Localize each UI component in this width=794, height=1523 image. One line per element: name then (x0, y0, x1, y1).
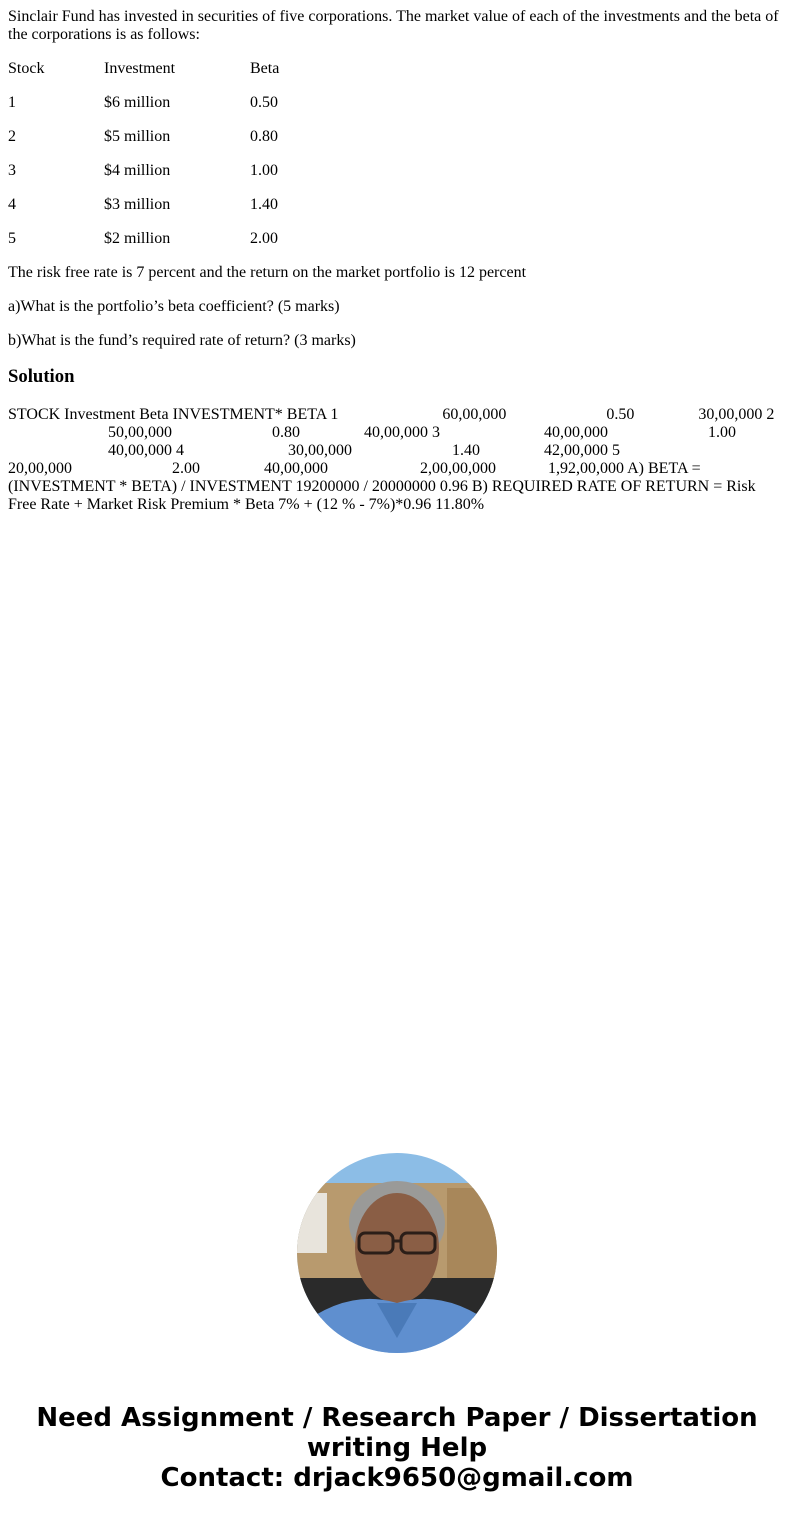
solution-text: 40,00,000 4 (108, 442, 184, 459)
question-intro: Sinclair Fund has invested in securities… (8, 8, 786, 44)
promo-contact[interactable]: Contact: drjack9650@gmail.com (0, 1463, 794, 1493)
cell-beta: 1.40 (250, 196, 350, 214)
cell-stock: 4 (8, 196, 104, 214)
cell-beta: 0.80 (250, 128, 350, 146)
solution-text: 1,92,00,000 A) BETA = (INVESTMENT * BETA… (8, 460, 756, 513)
solution-text: 40,00,000 (544, 424, 608, 441)
rates-statement: The risk free rate is 7 percent and the … (8, 264, 786, 282)
header-investment: Investment (104, 60, 250, 78)
solution-text: 30,00,000 2 (698, 406, 774, 423)
solution-text: 0.80 (272, 424, 300, 441)
header-beta: Beta (250, 60, 350, 78)
solution-text: 40,00,000 (264, 460, 328, 477)
cell-beta: 1.00 (250, 162, 350, 180)
cell-investment: $5 million (104, 128, 250, 146)
promo-line-2: writing Help (0, 1433, 794, 1463)
question-part-a: a)What is the portfolio’s beta coefficie… (8, 298, 786, 316)
solution-text: STOCK Investment Beta INVESTMENT* BETA 1 (8, 406, 338, 423)
cell-stock: 5 (8, 230, 104, 248)
page-content: Sinclair Fund has invested in securities… (0, 0, 794, 514)
promo-line-1: Need Assignment / Research Paper / Disse… (0, 1403, 794, 1433)
table-row: 4 $3 million 1.40 (8, 196, 786, 214)
solution-text: 2,00,00,000 (420, 460, 496, 477)
header-stock: Stock (8, 60, 104, 78)
investment-table: Stock Investment Beta 1 $6 million 0.50 … (8, 60, 786, 248)
tutor-portrait-photo-icon (297, 1153, 497, 1353)
solution-heading: Solution (8, 366, 786, 388)
cell-investment: $6 million (104, 94, 250, 112)
cell-beta: 2.00 (250, 230, 350, 248)
cell-beta: 0.50 (250, 94, 350, 112)
solution-text: 60,00,000 (442, 406, 506, 423)
solution-text: 2.00 (172, 460, 200, 477)
solution-text: 42,00,000 5 (544, 442, 620, 459)
solution-text: 1.40 (452, 442, 480, 459)
tutor-avatar (297, 1153, 497, 1353)
solution-text: 30,00,000 (288, 442, 352, 459)
table-row: 3 $4 million 1.00 (8, 162, 786, 180)
table-row: 1 $6 million 0.50 (8, 94, 786, 112)
solution-body: STOCK Investment Beta INVESTMENT* BETA 1… (8, 406, 786, 514)
cell-stock: 3 (8, 162, 104, 180)
solution-text: 0.50 (606, 406, 634, 423)
cell-investment: $4 million (104, 162, 250, 180)
table-row: 2 $5 million 0.80 (8, 128, 786, 146)
table-header-row: Stock Investment Beta (8, 60, 786, 78)
solution-text: 40,00,000 3 (364, 424, 440, 441)
table-row: 5 $2 million 2.00 (8, 230, 786, 248)
promo-banner: Need Assignment / Research Paper / Disse… (0, 1403, 794, 1493)
solution-text: 1.00 (708, 424, 736, 441)
question-part-b: b)What is the fund’s required rate of re… (8, 332, 786, 350)
cell-stock: 1 (8, 94, 104, 112)
solution-text: 20,00,000 (8, 460, 72, 477)
solution-text: 50,00,000 (108, 424, 172, 441)
cell-investment: $3 million (104, 196, 250, 214)
cell-stock: 2 (8, 128, 104, 146)
cell-investment: $2 million (104, 230, 250, 248)
